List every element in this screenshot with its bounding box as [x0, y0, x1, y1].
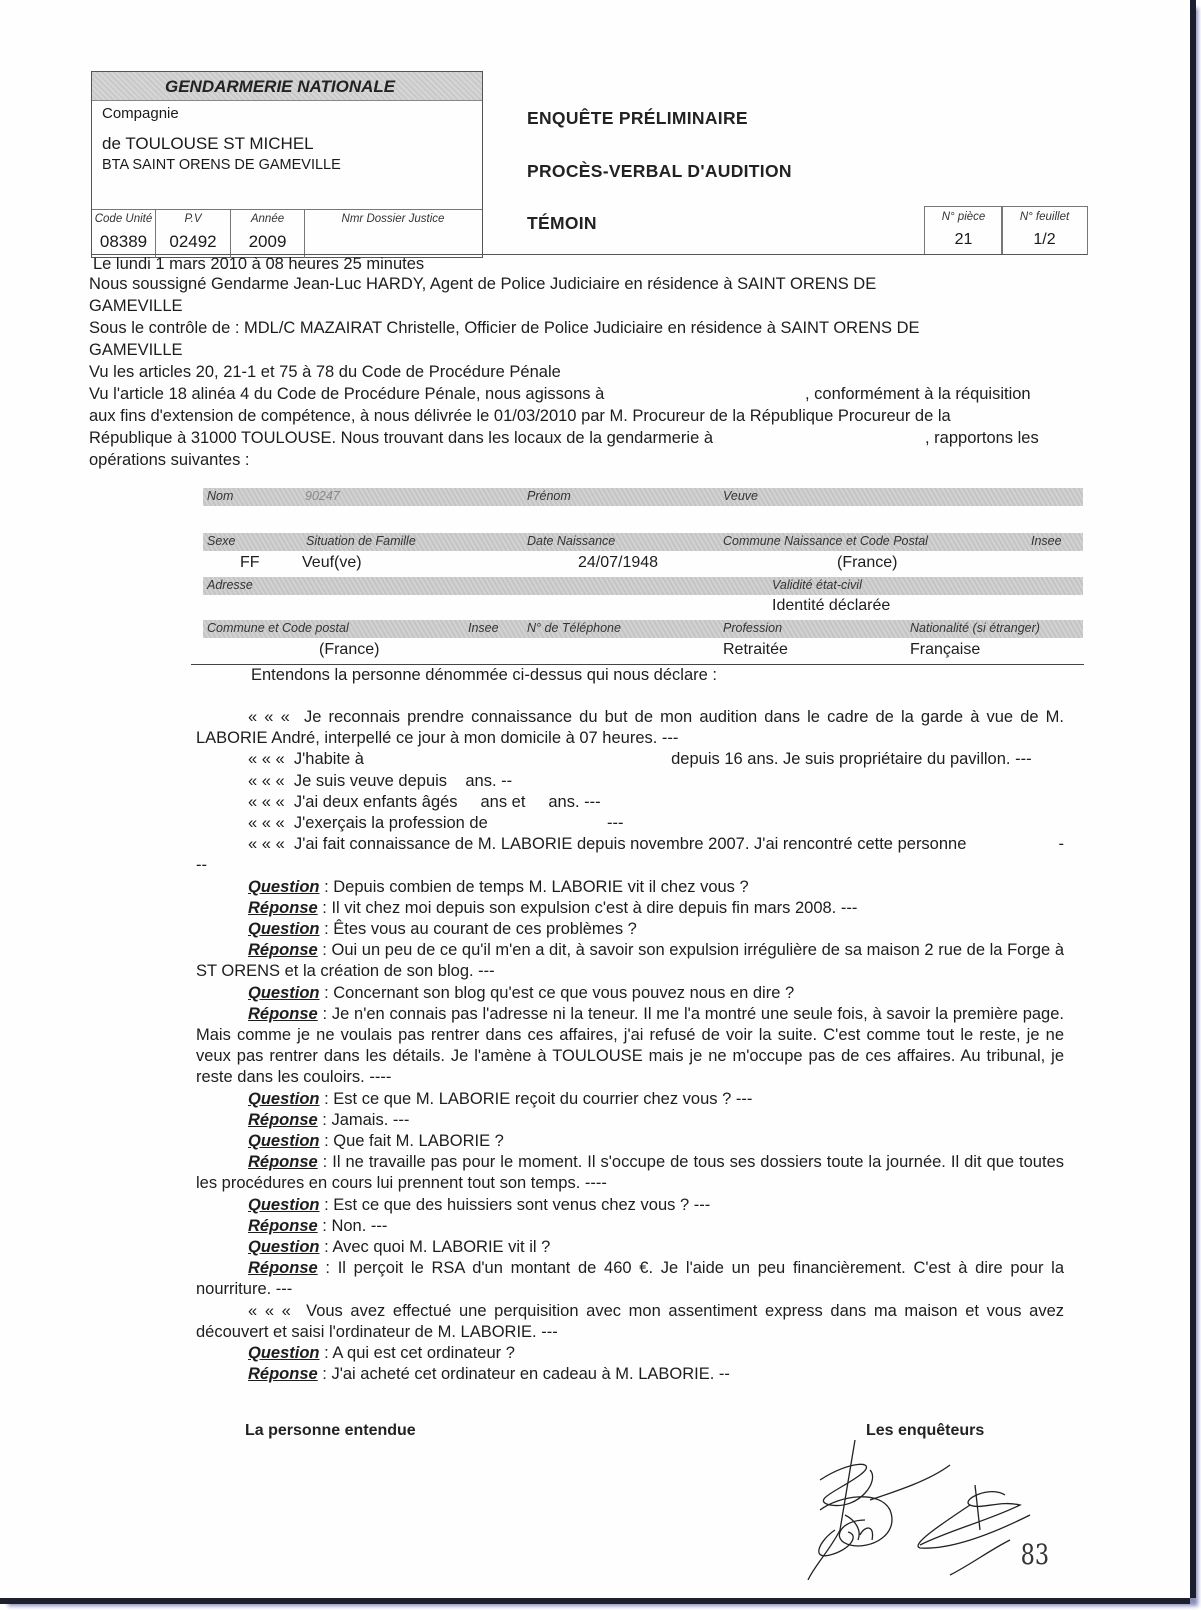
- compagnie-name: de TOULOUSE ST MICHEL: [102, 134, 314, 154]
- piece-label: N° pièce: [925, 211, 1002, 223]
- question-label: Question: [248, 878, 320, 896]
- brigade-name: BTA SAINT ORENS DE GAMEVILLE: [102, 157, 341, 173]
- art18-line-2: aux fins d'extension de compétence, à no…: [89, 406, 951, 428]
- paragraph-text: : Il vit chez moi depuis son expulsion c…: [318, 899, 858, 917]
- title-temoin: TÉMOIN: [527, 213, 597, 234]
- paragraph-text: : Oui un peu de ce qu'il m'en a dit, à s…: [196, 941, 1069, 980]
- question-label: Question: [248, 1132, 320, 1150]
- paragraph-text: : Je n'en connais pas l'adresse ni la te…: [196, 1005, 1069, 1087]
- nationalite-label: Nationalité (si étranger): [910, 621, 1040, 635]
- control-line-1: Sous le contrôle de : MDL/C MAZAIRAT Chr…: [89, 318, 920, 340]
- situation-value: Veuf(ve): [302, 554, 362, 572]
- paragraph-text: « « « Vous avez effectué une perquisitio…: [196, 1302, 1069, 1341]
- date-line: Le lundi 1 mars 2010 à 08 heures 25 minu…: [93, 254, 424, 276]
- answer-line: Réponse : Je n'en connais pas l'adresse …: [196, 1004, 1064, 1089]
- commune-naissance-value: (France): [837, 554, 897, 572]
- paragraph-text: « « « J'exerçais la profession de ---: [248, 814, 623, 832]
- declaration-line: « « « Je reconnais prendre connaissance …: [196, 707, 1064, 749]
- codes-grid: Code Unité 08389 P.V 02492 Année 2009 Nm…: [92, 209, 482, 258]
- dossier-label: Nmr Dossier Justice: [305, 213, 481, 225]
- nom-value: 90247: [305, 489, 340, 503]
- date-naissance-label: Date Naissance: [527, 534, 615, 548]
- art18-line-3b: , rapportons les: [925, 428, 1039, 450]
- nom-label: Nom: [207, 489, 233, 503]
- declaration-line: « « « J'exerçais la profession de ---: [196, 813, 1064, 834]
- validite-value: Identité déclarée: [772, 597, 890, 615]
- question-line: Question : Est ce que des huissiers sont…: [196, 1195, 1064, 1216]
- agent-line-1: Nous soussigné Gendarme Jean-Luc HARDY, …: [89, 274, 876, 296]
- investigator-signatures-icon: [800, 1440, 1040, 1580]
- articles-line: Vu les articles 20, 21-1 et 75 à 78 du C…: [89, 362, 561, 384]
- declaration-line: « « « J'ai deux enfants âgés ans et ans.…: [196, 792, 1064, 813]
- question-line: Question : Êtes vous au courant de ces p…: [196, 919, 1064, 940]
- date-naissance-value: 24/07/1948: [578, 554, 658, 572]
- answer-label: Réponse: [248, 1217, 318, 1235]
- answer-line: Réponse : Non. ---: [196, 1216, 1064, 1237]
- paragraph-text: : Concernant son blog qu'est ce que vous…: [320, 984, 795, 1002]
- question-label: Question: [248, 1196, 320, 1214]
- profession-value: Retraitée: [723, 641, 788, 659]
- commune-value: (France): [319, 641, 379, 659]
- question-line: Question : Est ce que M. LABORIE reçoit …: [196, 1089, 1064, 1110]
- profession-label: Profession: [723, 621, 782, 635]
- pv-cell: P.V 02492: [156, 210, 231, 258]
- statement-body: « « « Je reconnais prendre connaissance …: [196, 707, 1064, 1386]
- title-proces-verbal: PROCÈS-VERBAL D'AUDITION: [527, 161, 792, 182]
- question-line: Question : Depuis combien de temps M. LA…: [196, 877, 1064, 898]
- code-unite-label: Code Unité: [92, 213, 155, 225]
- agent-line-2: GAMEVILLE: [89, 296, 183, 318]
- annee-value: 2009: [231, 232, 304, 252]
- insee-label: Insee: [1031, 534, 1062, 548]
- code-unite-cell: Code Unité 08389: [92, 210, 156, 258]
- investigators-signature-label: Les enquêteurs: [866, 1422, 984, 1440]
- paragraph-text: : Avec quoi M. LABORIE vit il ?: [320, 1238, 551, 1256]
- paragraph-text: « « « J'ai deux enfants âgés ans et ans.…: [248, 793, 601, 811]
- paragraph-text: : Êtes vous au courant de ces problèmes …: [320, 920, 637, 938]
- pv-value: 02492: [156, 232, 230, 252]
- paragraph-text: « « « Je suis veuve depuis ans. --: [248, 772, 512, 790]
- question-label: Question: [248, 920, 320, 938]
- paragraph-text: « « « Je reconnais prendre connaissance …: [196, 708, 1069, 747]
- question-line: Question : Concernant son blog qu'est ce…: [196, 983, 1064, 1004]
- question-line: Question : A qui est cet ordinateur ?: [196, 1343, 1064, 1364]
- answer-label: Réponse: [248, 1111, 318, 1129]
- feuillet-label: N° feuillet: [1002, 211, 1087, 223]
- paragraph-text: « « « J'ai fait connaissance de M. LABOR…: [196, 835, 1064, 874]
- piece-box: N° pièce 21: [924, 206, 1003, 255]
- question-line: Question : Avec quoi M. LABORIE vit il ?: [196, 1237, 1064, 1258]
- feuillet-box: N° feuillet 1/2: [1001, 206, 1088, 255]
- commune-naissance-label: Commune Naissance et Code Postal: [723, 534, 928, 548]
- adresse-label: Adresse: [207, 578, 253, 592]
- identity-band-adresse: [203, 577, 1083, 595]
- page-number: 83: [1021, 1538, 1050, 1571]
- question-label: Question: [248, 984, 320, 1002]
- sexe-label: Sexe: [207, 534, 236, 548]
- validite-label: Validité état-civil: [772, 578, 862, 592]
- declaration-line: « « « J'ai fait connaissance de M. LABOR…: [196, 834, 1064, 876]
- unit-header-box: GENDARMERIE NATIONALE Compagnie de TOULO…: [91, 71, 483, 258]
- insee2-label: Insee: [468, 621, 499, 635]
- paragraph-text: : Jamais. ---: [318, 1111, 410, 1129]
- veuve-label: Veuve: [723, 489, 758, 503]
- paragraph-text: : Il ne travaille pas pour le moment. Il…: [196, 1153, 1069, 1192]
- witness-signature-label: La personne entendue: [245, 1422, 416, 1440]
- code-unite-value: 08389: [92, 232, 155, 252]
- pv-label: P.V: [156, 213, 230, 225]
- control-line-2: GAMEVILLE: [89, 340, 183, 362]
- answer-label: Réponse: [248, 941, 318, 959]
- declaration-line: « « « Vous avez effectué une perquisitio…: [196, 1301, 1064, 1343]
- answer-line: Réponse : Il ne travaille pas pour le mo…: [196, 1152, 1064, 1194]
- piece-value: 21: [925, 231, 1002, 249]
- situation-label: Situation de Famille: [306, 534, 416, 548]
- question-label: Question: [248, 1238, 320, 1256]
- title-enquete: ENQUÊTE PRÉLIMINAIRE: [527, 108, 748, 129]
- commune-label: Commune et Code postal: [207, 621, 349, 635]
- dossier-cell: Nmr Dossier Justice: [305, 210, 481, 258]
- paragraph-text: : Que fait M. LABORIE ?: [320, 1132, 504, 1150]
- answer-line: Réponse : Oui un peu de ce qu'il m'en a …: [196, 940, 1064, 982]
- art18-line-3a: République à 31000 TOULOUSE. Nous trouva…: [89, 428, 713, 450]
- org-name: GENDARMERIE NATIONALE: [165, 77, 395, 97]
- paragraph-text: : Est ce que des huissiers sont venus ch…: [320, 1196, 711, 1214]
- prenom-label: Prénom: [527, 489, 571, 503]
- art18-line-1a: Vu l'article 18 alinéa 4 du Code de Proc…: [89, 384, 604, 406]
- compagnie-label: Compagnie: [102, 105, 179, 122]
- annee-cell: Année 2009: [231, 210, 305, 258]
- paragraph-text: : A qui est cet ordinateur ?: [320, 1344, 515, 1362]
- nationalite-value: Française: [910, 641, 980, 659]
- answer-line: Réponse : Il vit chez moi depuis son exp…: [196, 898, 1064, 919]
- paragraph-text: « « « J'habite à depuis 16 ans. Je suis …: [248, 750, 1032, 768]
- declaration-line: « « « J'habite à depuis 16 ans. Je suis …: [196, 749, 1064, 770]
- answer-line: Réponse : J'ai acheté cet ordinateur en …: [196, 1364, 1064, 1385]
- answer-label: Réponse: [248, 899, 318, 917]
- answer-label: Réponse: [248, 1153, 318, 1171]
- answer-label: Réponse: [248, 1365, 318, 1383]
- answer-line: Réponse : Il perçoit le RSA d'un montant…: [196, 1258, 1064, 1300]
- telephone-label: N° de Téléphone: [527, 621, 621, 635]
- paragraph-text: : Il perçoit le RSA d'un montant de 460 …: [196, 1259, 1069, 1298]
- paragraph-text: : Non. ---: [318, 1217, 388, 1235]
- question-label: Question: [248, 1090, 320, 1108]
- answer-label: Réponse: [248, 1005, 318, 1023]
- paragraph-text: : Est ce que M. LABORIE reçoit du courri…: [320, 1090, 753, 1108]
- paragraph-text: : J'ai acheté cet ordinateur en cadeau à…: [318, 1365, 730, 1383]
- answer-label: Réponse: [248, 1259, 318, 1277]
- statement-intro: Entendons la personne dénommée ci-dessus…: [251, 665, 717, 687]
- answer-line: Réponse : Jamais. ---: [196, 1110, 1064, 1131]
- question-label: Question: [248, 1344, 320, 1362]
- document-page: GENDARMERIE NATIONALE Compagnie de TOULO…: [0, 0, 1190, 1598]
- art18-line-1b: , conformément à la réquisition: [805, 384, 1031, 406]
- question-line: Question : Que fait M. LABORIE ?: [196, 1131, 1064, 1152]
- sexe-value: FF: [240, 554, 260, 572]
- annee-label: Année: [231, 213, 304, 225]
- art18-line-4: opérations suivantes :: [89, 450, 250, 472]
- declaration-line: « « « Je suis veuve depuis ans. --: [196, 771, 1064, 792]
- paragraph-text: : Depuis combien de temps M. LABORIE vit…: [320, 878, 749, 896]
- feuillet-value: 1/2: [1002, 231, 1087, 249]
